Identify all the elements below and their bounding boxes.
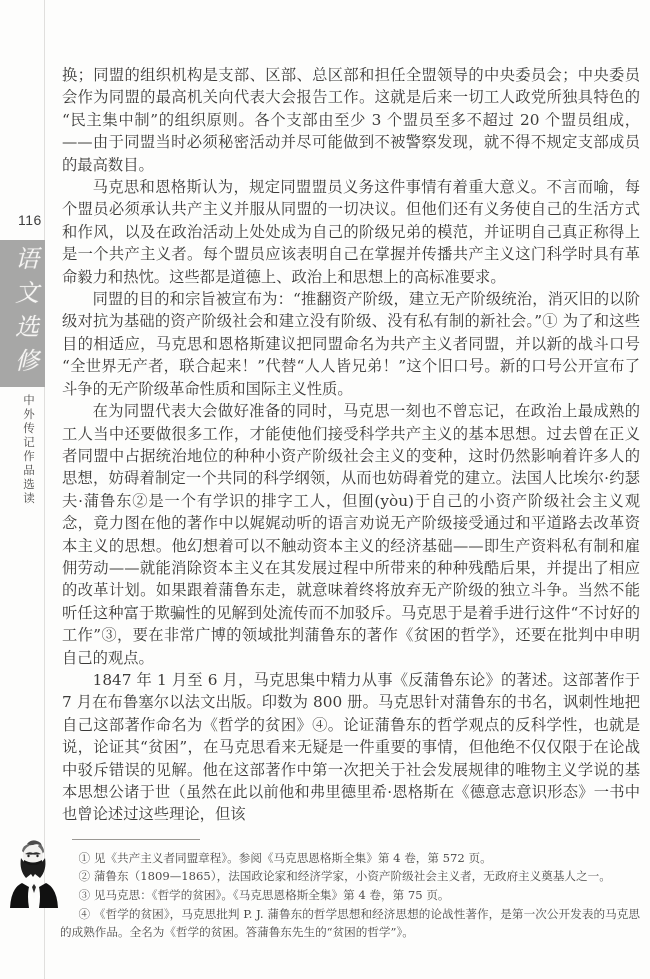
ink-portrait-illustration [7, 838, 61, 908]
body-paragraph-5: 1847 年 1 月至 6 月，马克思集中精力从事《反蒲鲁东论》的著述。这部著作… [62, 669, 640, 826]
footnote-4: ④ 《哲学的贫困》，马克思批判 P. J. 蒲鲁东的哲学思想和经济思想的论战性著… [60, 905, 640, 942]
book-page: 116 语文选修 中外传记作品选读 换；同盟的组织 [0, 0, 650, 979]
series-title-box: 语文选修 [0, 240, 45, 387]
marx-ink-portrait-icon [7, 838, 61, 908]
book-subtitle-vertical: 中外传记作品选读 [21, 394, 37, 514]
page-content: 换；同盟的组织机构是支部、区部、总区部和担任全盟领导的中央委员会；中央委员会作为… [62, 64, 640, 942]
page-fold-line [44, 0, 45, 979]
footnotes-section: ① 见《共产主义者同盟章程》。参阅《马克思恩格斯全集》第 4 卷，第 572 页… [62, 849, 640, 942]
page-number: 116 [18, 212, 48, 228]
body-paragraph-2: 马克思和恩格斯认为，规定同盟盟员义务这件事情有着重大意义。不言而喻，每个盟员必须… [62, 176, 640, 288]
footnote-2: ② 蒲鲁东（1809—1865），法国政论家和经济学家，小资产阶级社会主义者，无… [60, 867, 640, 886]
footnote-3: ③ 见马克思：《哲学的贫困》。《马克思恩格斯全集》第 4 卷，第 75 页。 [60, 886, 640, 905]
footnote-1: ① 见《共产主义者同盟章程》。参阅《马克思恩格斯全集》第 4 卷，第 572 页… [60, 849, 640, 868]
body-paragraph-4: 在为同盟代表大会做好准备的同时，马克思一刻也不曾忘记，在政治上最成熟的工人当中还… [62, 400, 640, 669]
body-paragraph-1: 换；同盟的组织机构是支部、区部、总区部和担任全盟领导的中央委员会；中央委员会作为… [62, 64, 640, 176]
footnote-divider [72, 839, 200, 840]
series-title-calligraphy: 语文选修 [13, 246, 37, 382]
body-paragraph-3: 同盟的目的和宗旨被宣布为：“推翻资产阶级，建立无产阶级统治，消灭旧的以阶级对抗为… [62, 288, 640, 400]
